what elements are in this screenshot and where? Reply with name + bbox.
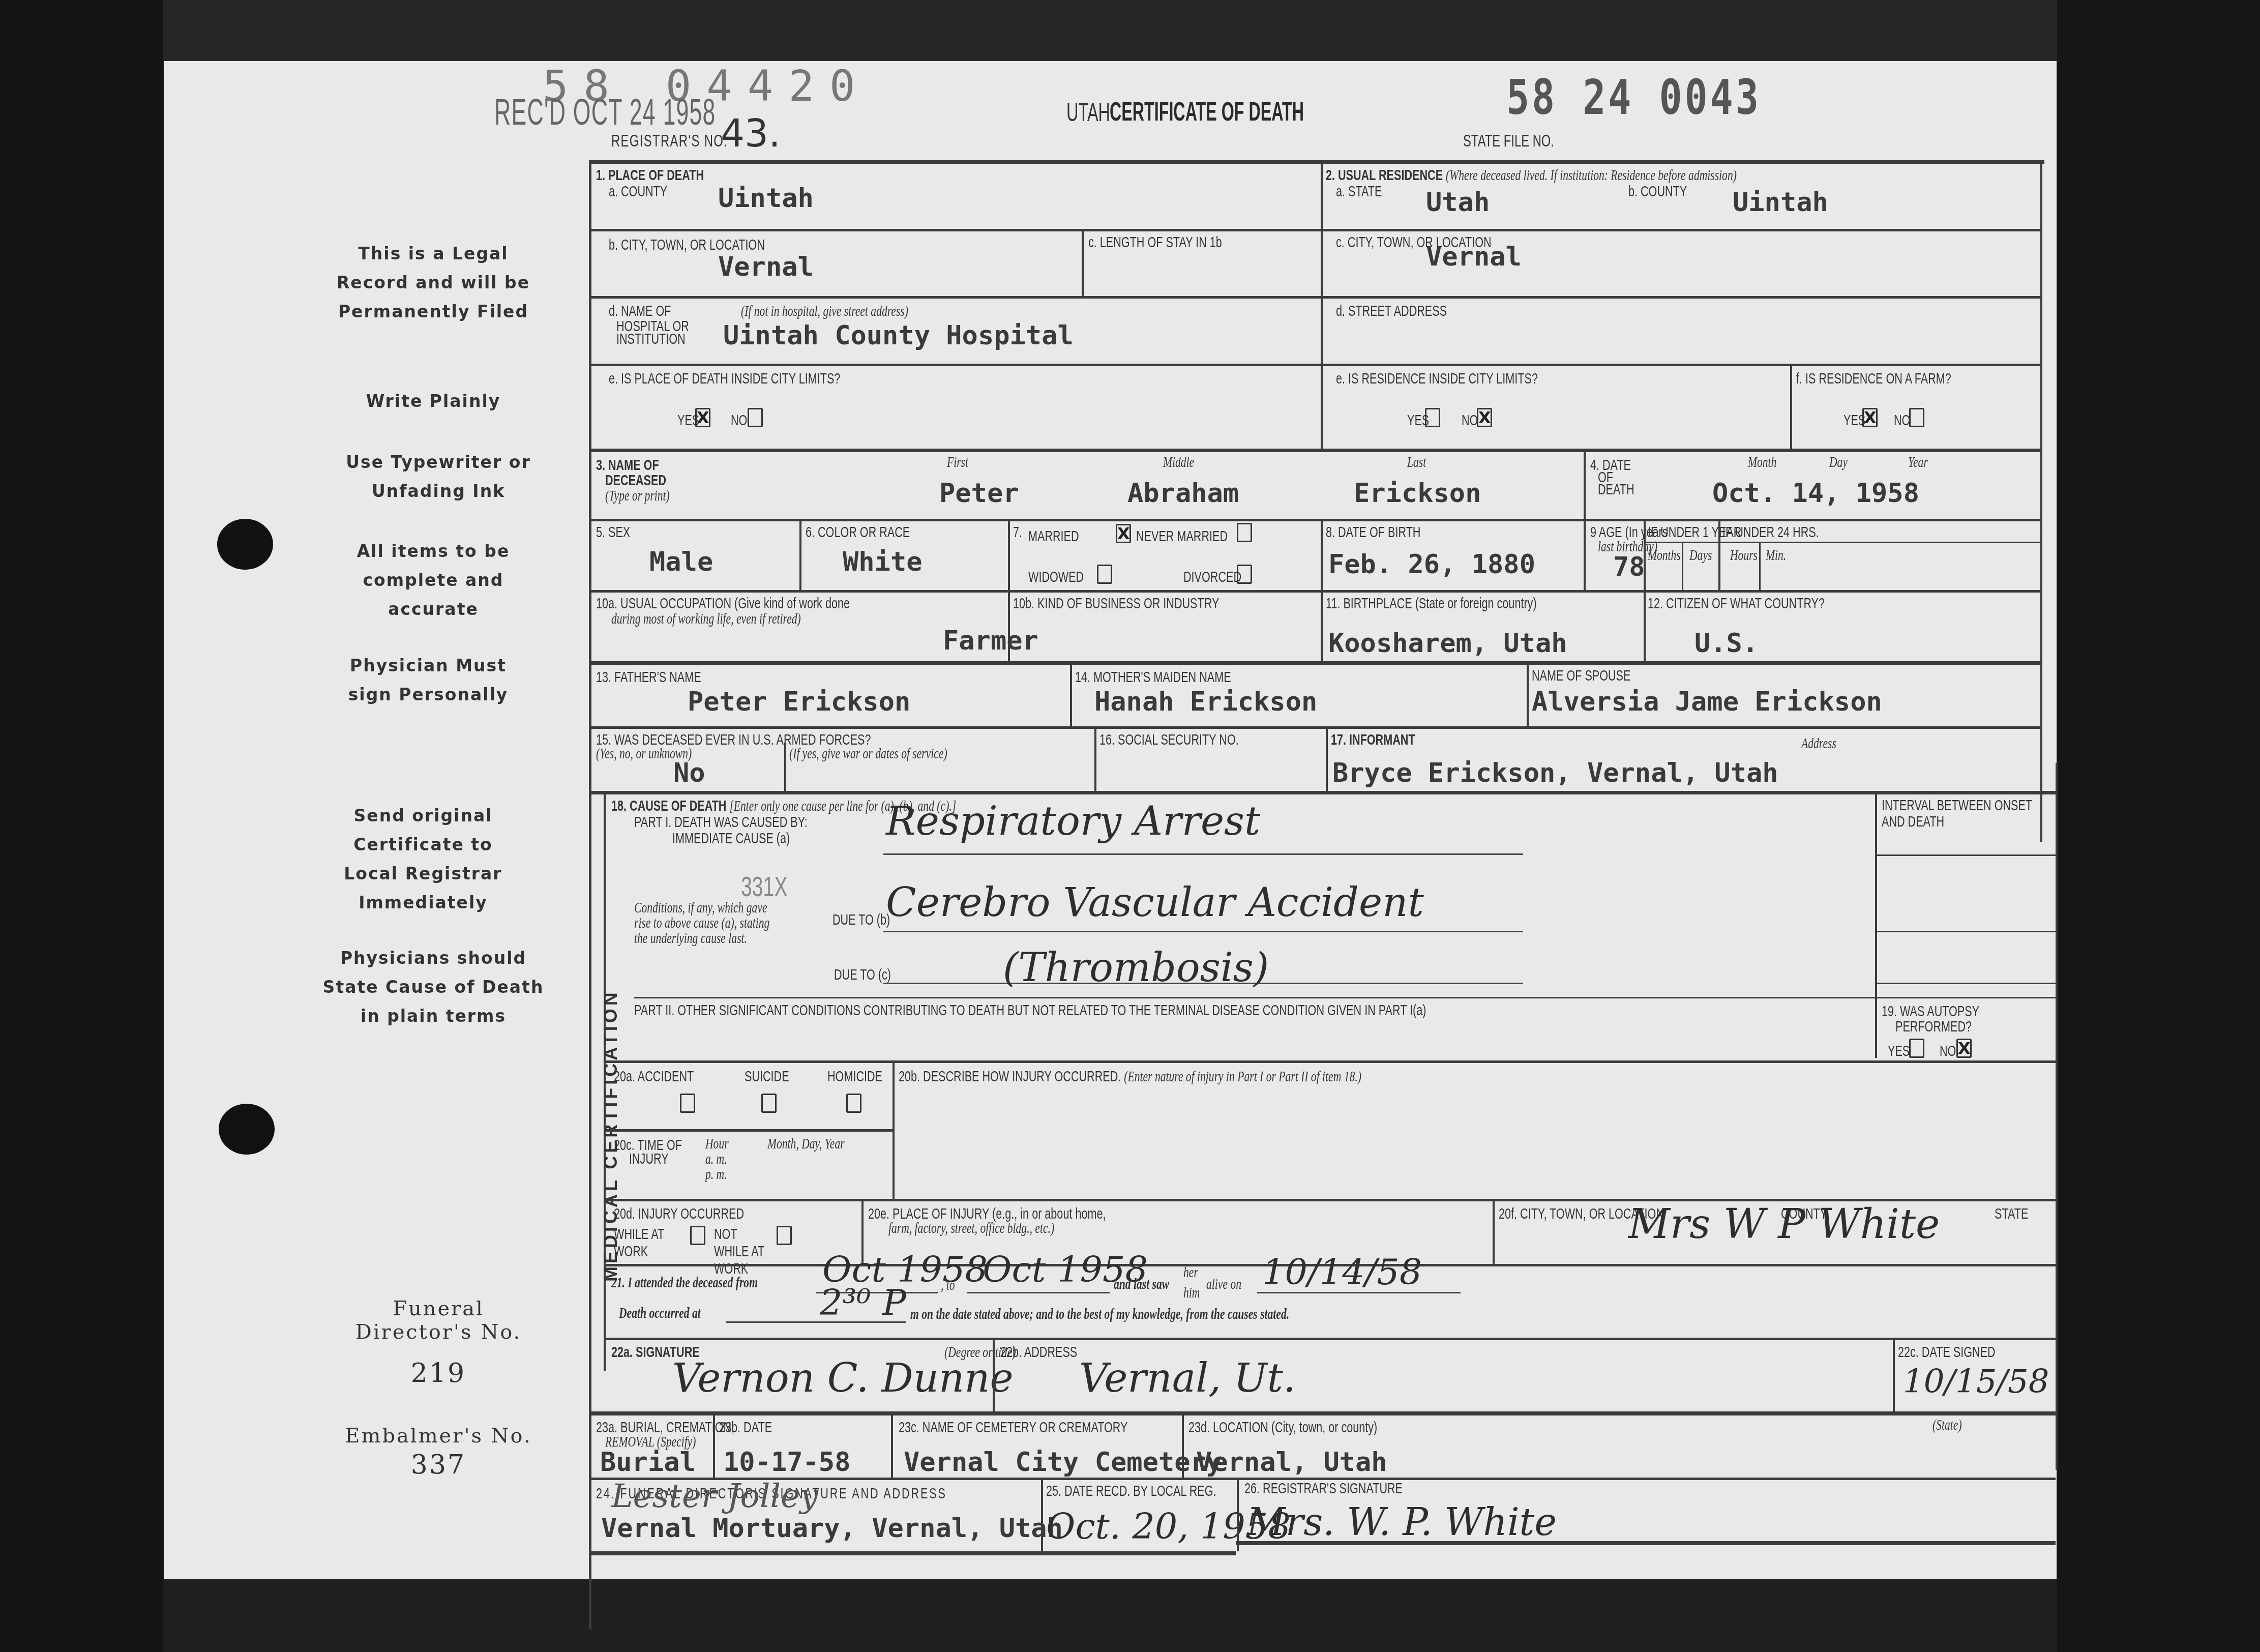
yes-label: YES [1888,1043,1910,1060]
deceased-first-name: Peter [939,478,1019,509]
not-while-at-work-label: NOT WHILE AT WORK [714,1226,772,1278]
death-inside-city-yes-checkbox[interactable]: X [695,408,710,427]
spouse-label: NAME OF SPOUSE [1532,667,1630,685]
institution-label-1: d. NAME OF [609,303,671,320]
physician-signature: Vernon C. Dunne [672,1355,1014,1401]
date-of-death-label-death: DEATH [1598,481,1634,498]
attended-label: 21. I attended the deceased from [611,1274,758,1291]
informant: Bryce Erickson, Vernal, Utah [1332,758,1778,788]
part1-label: PART I. DEATH WAS CAUSED BY: [634,814,808,831]
widowed-label: WIDOWED [1028,569,1084,586]
while-at-work-checkbox[interactable] [690,1226,705,1245]
birthplace: Koosharem, Utah [1328,628,1567,659]
age: 78 [1613,552,1645,582]
autopsy-label-2: PERFORMED? [1895,1018,1972,1036]
location-label: 23d. LOCATION (City, town, or county) [1188,1419,1377,1436]
her-label: her [1183,1264,1198,1281]
name-label-2: DECEASED [605,472,666,489]
birthplace-label: 11. BIRTHPLACE (State or foreign country… [1326,595,1537,612]
length-of-stay-label: c. LENGTH OF STAY IN 1b [1088,234,1222,251]
autopsy-no-checkbox[interactable]: X [1956,1039,1972,1058]
no-label: NO [1894,412,1910,429]
accident-label: 20a. ACCIDENT [614,1068,694,1085]
county-label: a. COUNTY [609,183,667,200]
time-of-injury-label-2: INJURY [629,1150,669,1168]
middle-name-label: Middle [1163,454,1194,471]
last-saw-date: 10/14/58 [1262,1251,1422,1293]
father-label: 13. FATHER'S NAME [596,669,701,686]
hour-label: Hour [705,1135,729,1153]
year-label: Year [1908,454,1928,471]
place-of-injury-hint: farm, factory, street, office bldg., etc… [888,1220,1054,1237]
no-label: NO [731,412,747,429]
to-label: , to [941,1277,955,1294]
min-label: Min. [1766,547,1786,564]
conditions-hint: Conditions, if any, which gave rise to a… [634,900,774,946]
not-while-at-work-checkbox[interactable] [777,1226,792,1245]
death-occurred-label: Death occurred at [619,1305,701,1322]
date-of-birth: Feb. 26, 1880 [1328,549,1535,580]
married-label: MARRIED [1028,528,1079,545]
name-label-1: 3. NAME OF [596,457,659,474]
immediate-cause: Respiratory Arrest [886,799,1260,844]
inside-city-limits-label: e. IS PLACE OF DEATH INSIDE CITY LIMITS? [609,370,840,388]
him-label: him [1183,1284,1200,1302]
disposition-date: 10-17-58 [723,1447,850,1478]
disposition-method: Burial [600,1447,696,1478]
injury-description-label: 20b. DESCRIBE HOW INJURY OCCURRED. (Ente… [899,1068,1361,1085]
physician-address-label: 22b. ADDRESS [1000,1344,1077,1361]
funeral-director-signature: Lester Jolley [611,1478,818,1515]
residence-farm-label: f. IS RESIDENCE ON A FARM? [1796,370,1951,388]
autopsy-label: 19. WAS AUTOPSY [1882,1003,1979,1020]
pm-label: p. m. [705,1166,727,1183]
residence-county: Uintah [1733,187,1828,218]
immediate-cause-label: IMMEDIATE CAUSE (a) [672,830,790,847]
no-label: NO [1462,412,1478,429]
residence-farm-no-checkbox[interactable] [1909,408,1924,427]
cemetery-label: 23c. NAME OF CEMETERY OR CREMATORY [899,1419,1127,1436]
autopsy-yes-checkbox[interactable] [1909,1039,1924,1058]
residence-state: Utah [1426,187,1490,218]
physician-address: Vernal, Ut. [1079,1355,1296,1401]
due-to-b-cause: Cerebro Vascular Accident [886,880,1424,926]
residence-county-label: b. COUNTY [1628,183,1687,200]
never-married-label: NEVER MARRIED [1136,528,1228,545]
institution-label-3: INSTITUTION [616,331,686,348]
residence-inside-city-yes-checkbox[interactable] [1425,408,1440,427]
occupation: Farmer [943,626,1038,656]
citizen-label: 12. CITIZEN OF WHAT COUNTRY? [1648,595,1825,612]
months-label: Months [1648,547,1681,564]
no-label: NO [1940,1043,1956,1060]
business-label: 10b. KIND OF BUSINESS OR INDUSTRY [1013,595,1219,612]
date-of-birth-label: 8. DATE OF BIRTH [1326,524,1420,541]
homicide-label: HOMICIDE [827,1068,882,1085]
last-name-label: Last [1407,454,1426,471]
day-label: Day [1829,454,1848,471]
scan-background-right [2057,0,2260,1652]
registrar-annotation: Mrs W P White [1628,1200,1940,1248]
informant-label: 17. INFORMANT [1331,731,1415,749]
while-at-work-label: WHILE AT WORK [614,1226,665,1260]
usual-residence-section-label: 2. USUAL RESIDENCE (Where deceased lived… [1326,167,1737,184]
location-state-label: (State) [1932,1417,1962,1434]
deceased-sex: Male [649,547,713,577]
first-name-label: First [947,454,968,471]
spouse-name: Alversia Jame Erickson [1532,687,1882,717]
registrar-signature: Mrs. W. P. White [1247,1500,1557,1544]
registrar-signature-label: 26. REGISTRAR'S SIGNATURE [1244,1480,1403,1497]
due-to-c-cause: (Thrombosis) [1003,945,1269,991]
disposition-date-label: 23b. DATE [719,1419,772,1436]
due-to-c-label: DUE TO (c) [834,966,891,984]
occupation-label: 10a. USUAL OCCUPATION (Give kind of work… [596,595,850,612]
certificate-form: 1. PLACE OF DEATH a. COUNTY Uintah b. CI… [164,61,2057,1579]
residence-inside-city-label: e. IS RESIDENCE INSIDE CITY LIMITS? [1336,370,1538,388]
residence-inside-city-no-checkbox[interactable]: X [1477,408,1492,427]
last-saw-label: and last saw [1114,1276,1169,1293]
mother-name: Hanah Erickson [1094,687,1317,717]
residence-city: Vernal [1426,242,1522,272]
marital-status-label: 7. [1013,524,1022,541]
deceased-middle-name: Abraham [1127,478,1239,509]
residence-street-label: d. STREET ADDRESS [1336,303,1447,320]
never-married-checkbox[interactable] [1237,523,1252,542]
institution-hint: (If not in hospital, give street address… [741,303,908,320]
cemetery-name: Vernal City Cemetery [904,1447,1222,1478]
cause-code-annotation: 331X [741,870,788,903]
citizen: U.S. [1694,628,1758,659]
am-label: a. m. [705,1150,727,1168]
death-occurred-suffix: m on the date stated above; and to the b… [910,1306,1289,1323]
armed-forces: No [673,758,705,788]
deceased-race: White [843,547,923,577]
death-certificate-page: 58 04420 REC'D OCT 24 1958 REGISTRAR'S N… [164,61,2057,1579]
under-24-hrs-label: IF UNDER 24 HRS. [1722,524,1819,541]
alive-on-label: alive on [1206,1276,1241,1293]
funeral-director-address: Vernal Mortuary, Vernal, Utah [601,1513,1063,1544]
month-label: Month [1748,454,1776,471]
ssn-label: 16. SOCIAL SECURITY NO. [1099,731,1239,749]
injury-state-label: STATE [1995,1205,2028,1223]
injury-occurred-label: 20d. INJURY OCCURRED [614,1205,744,1223]
deceased-last-name: Erickson [1354,478,1481,509]
month-day-year-label: Month, Day, Year [767,1135,845,1153]
name-label-3: (Type or print) [605,487,670,505]
father-name: Peter Erickson [688,687,910,717]
scan-background-top [163,0,2260,66]
sex-label: 5. SEX [596,524,630,541]
days-label: Days [1689,547,1712,564]
place-of-death-city: Vernal [718,252,814,282]
place-of-death-section-label: 1. PLACE OF DEATH [596,167,704,184]
widowed-checkbox[interactable] [1097,565,1112,584]
death-time: 2³⁰ P [820,1282,906,1323]
divorced-checkbox[interactable] [1237,565,1252,584]
suicide-label: SUICIDE [745,1068,789,1085]
married-checkbox[interactable]: X [1116,524,1131,543]
homicide-checkbox[interactable] [846,1094,861,1113]
race-label: 6. COLOR OR RACE [806,524,910,541]
residence-farm-yes-checkbox[interactable]: X [1862,408,1878,427]
accident-checkbox[interactable] [680,1094,695,1113]
mother-label: 14. MOTHER'S MAIDEN NAME [1075,669,1231,686]
residence-state-label: a. STATE [1336,183,1382,200]
date-recd-label: 25. DATE RECD. BY LOCAL REG. [1046,1483,1216,1500]
death-inside-city-no-checkbox[interactable] [748,408,763,427]
armed-forces-hint-2: (If yes, give war or dates of service) [789,745,947,762]
city-label: b. CITY, TOWN, OR LOCATION [609,237,765,254]
hours-label: Hours [1730,547,1758,564]
place-of-death-county: Uintah [718,183,814,214]
divorced-label: DIVORCED [1183,569,1241,586]
due-to-b-label: DUE TO (b) [832,911,890,929]
date-signed-label: 22c. DATE SIGNED [1898,1344,1996,1361]
date-of-death: Oct. 14, 1958 [1712,478,1919,509]
address-label: Address [1801,735,1836,752]
scan-background-left [0,0,163,1652]
part2-label: PART II. OTHER SIGNIFICANT CONDITIONS CO… [634,1002,1426,1019]
occupation-hint: during most of working life, even if ret… [611,610,801,628]
disposition-location: Vernal, Utah [1196,1447,1387,1478]
interval-label: INTERVAL BETWEEN ONSET AND DEATH [1882,798,2046,830]
suicide-checkbox[interactable] [761,1094,777,1113]
date-signed: 10/15/58 [1903,1363,2049,1401]
place-of-death-institution: Uintah County Hospital [723,320,1074,351]
